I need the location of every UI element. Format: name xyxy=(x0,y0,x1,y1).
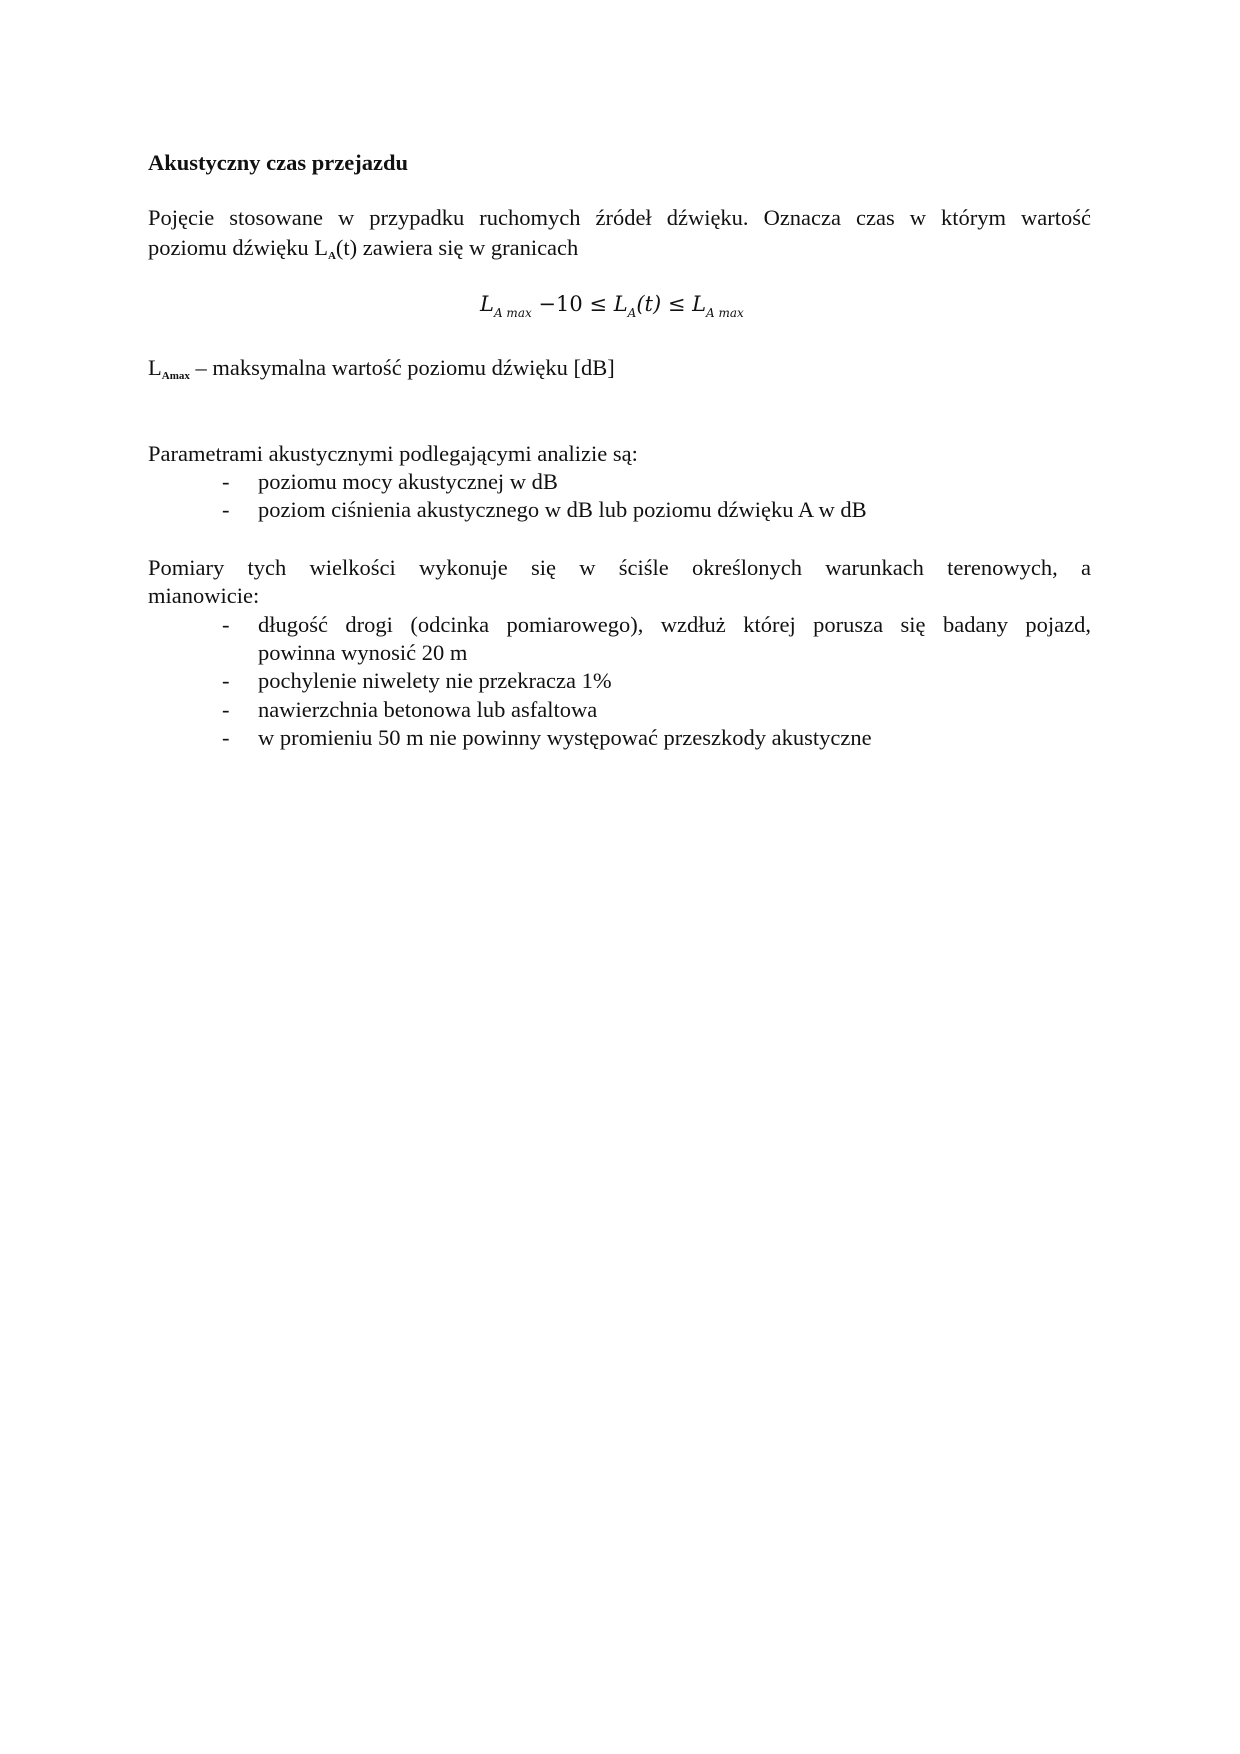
formula-le: ≤ xyxy=(661,292,692,316)
formula-minus: −10 ≤ xyxy=(532,292,614,316)
bullet-dash: - xyxy=(222,497,230,523)
definition-pre: L xyxy=(148,355,162,380)
bullet-dash: - xyxy=(222,697,230,723)
condition-item: długość drogi (odcinka pomiarowego), wzd… xyxy=(258,612,1091,638)
intro-text-post: (t) zawiera się w granicach xyxy=(336,235,578,260)
bullet-dash: - xyxy=(222,612,230,638)
formula-l2: L xyxy=(614,292,628,316)
params-heading: Parametrami akustycznymi podlegającymi a… xyxy=(148,441,638,467)
bullet-dash: - xyxy=(222,668,230,694)
bullet-dash: - xyxy=(222,469,230,495)
param-item: poziom ciśnienia akustycznego w dB lub p… xyxy=(258,497,867,523)
formula-l2-sub: A xyxy=(628,306,637,320)
document-title: Akustyczny czas przejazdu xyxy=(148,150,408,176)
formula-l3-sub: A max xyxy=(706,306,744,320)
definition-line: LAmax – maksymalna wartość poziomu dźwię… xyxy=(148,355,615,382)
condition-item: w promieniu 50 m nie powinny występować … xyxy=(258,725,872,751)
document-page: Akustyczny czas przejazdu Pojęcie stosow… xyxy=(0,0,1240,1754)
intro-text-pre: poziomu dźwięku L xyxy=(148,235,328,260)
formula-l2-arg: (t) xyxy=(636,292,661,316)
intro-subscript: A xyxy=(328,250,336,262)
param-item: poziomu mocy akustycznej w dB xyxy=(258,469,558,495)
measure-line-1: Pomiary tych wielkości wykonuje się w śc… xyxy=(148,555,1091,581)
definition-post: – maksymalna wartość poziomu dźwięku [dB… xyxy=(190,355,615,380)
definition-subscript: Amax xyxy=(162,370,190,382)
condition-item: nawierzchnia betonowa lub asfaltowa xyxy=(258,697,597,723)
formula-l3: L xyxy=(692,292,706,316)
formula: LA max −10 ≤ LA(t) ≤ LA max xyxy=(480,292,744,316)
intro-line-1: Pojęcie stosowane w przypadku ruchomych … xyxy=(148,205,1091,231)
intro-line-2: poziomu dźwięku LA(t) zawiera się w gran… xyxy=(148,235,578,262)
bullet-dash: - xyxy=(222,725,230,751)
condition-item: pochylenie niwelety nie przekracza 1% xyxy=(258,668,612,694)
condition-item-cont: powinna wynosić 20 m xyxy=(258,640,467,666)
measure-line-2: mianowicie: xyxy=(148,583,259,609)
formula-l1-sub: A max xyxy=(494,306,532,320)
formula-l1: L xyxy=(480,292,494,316)
